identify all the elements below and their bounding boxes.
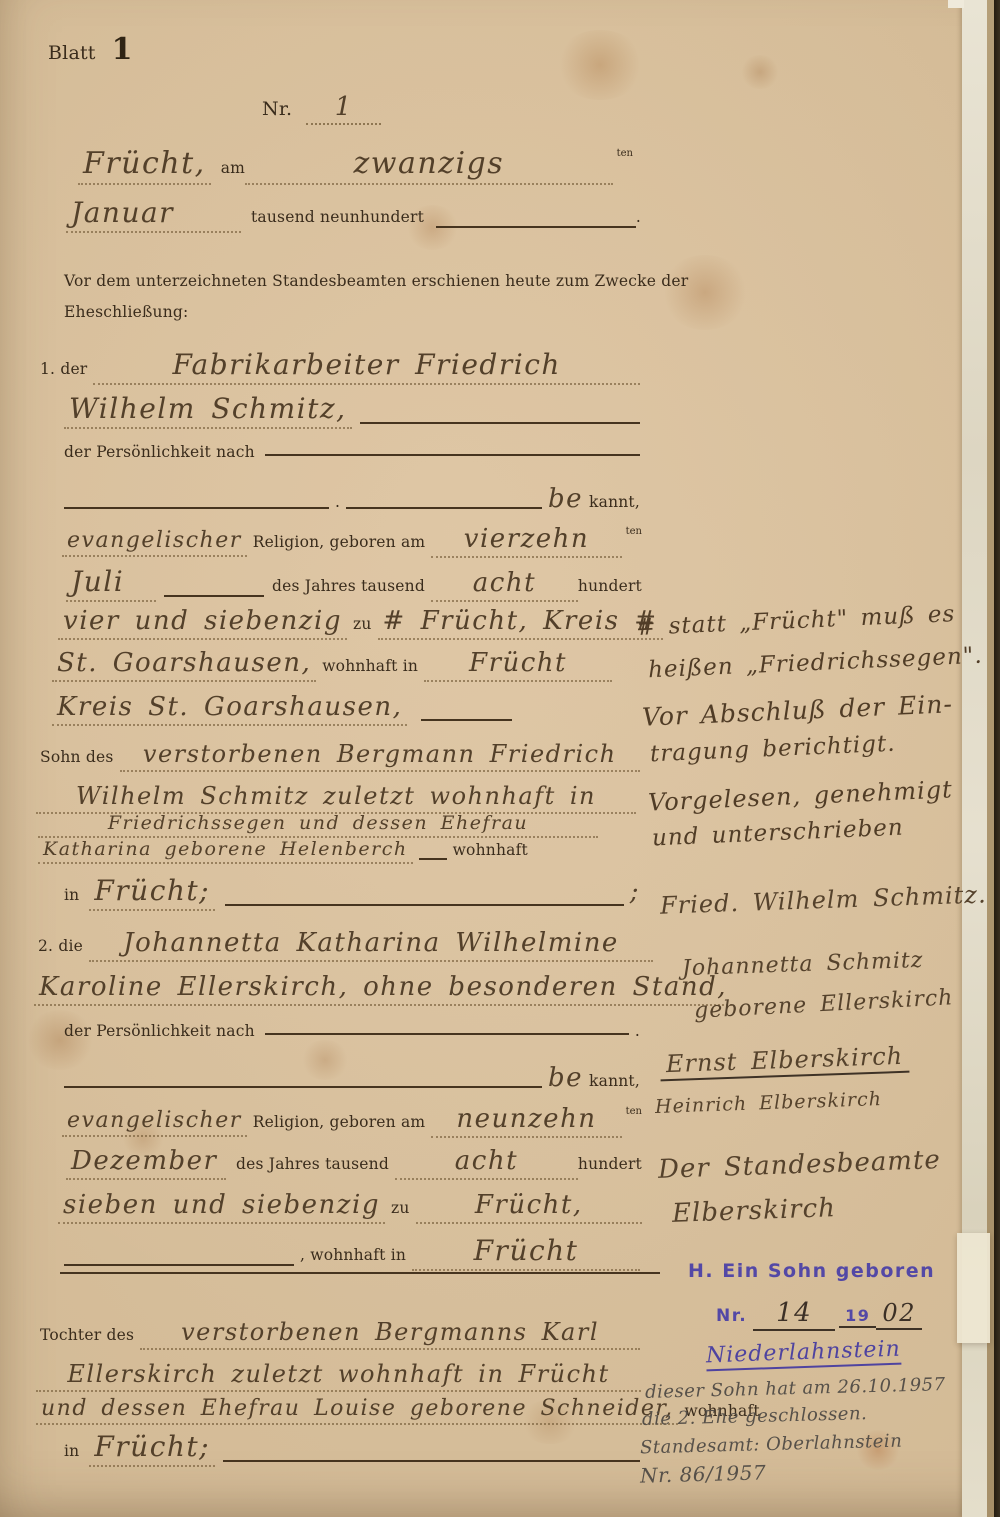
signature-bride-2: geborene Ellerskirch xyxy=(694,985,954,1024)
bride-bekannt-line: be kannt, xyxy=(64,1063,640,1093)
stain xyxy=(660,255,750,330)
bride-persoenlichkeit-label: der Persönlichkeit nach xyxy=(64,1022,255,1040)
bride-religion-line: evangelischer Religion, geboren am neunz… xyxy=(62,1104,642,1138)
bride-birth-month: Dezember xyxy=(66,1146,226,1180)
groom-line-2: Wilhelm Schmitz, xyxy=(64,392,640,429)
stamp-nr-value: 14 xyxy=(753,1298,835,1331)
stamp-year-prefix: 19 xyxy=(839,1306,876,1328)
bride-mother-line: und dessen Ehefrau Louise geborene Schne… xyxy=(36,1396,641,1425)
groom-persoenlichkeit-label: der Persönlichkeit nach xyxy=(64,443,255,461)
bride-year-words: sieben und siebenzig xyxy=(58,1190,385,1224)
bride-name-2: Karoline Ellerskirch, ohne besonderen St… xyxy=(34,972,732,1006)
sheet-number-line: Blatt 1 xyxy=(48,32,133,67)
groom-residence: Frücht xyxy=(424,648,612,682)
groom-birth-month: Juli xyxy=(66,565,156,602)
groom-wohnhaft2-label: wohnhaft xyxy=(453,841,528,859)
bride-identity-line: der Persönlichkeit nach . xyxy=(64,1022,640,1040)
groom-birth-day: vierzehn xyxy=(431,524,621,558)
intro-line-2: Eheschließung: xyxy=(64,303,188,321)
bride-be-handwritten: be xyxy=(548,1063,583,1093)
groom-item-label: 1. der xyxy=(40,360,87,378)
bride-residence2-line: in Frücht; xyxy=(64,1430,640,1467)
bride-name-1: Johannetta Katharina Wilhelmine xyxy=(89,928,653,962)
stamp-place-handwritten: Niederlahnstein xyxy=(706,1337,902,1372)
stain xyxy=(740,55,780,89)
groom-birthmonth-line: Juli des Jahres tausend acht hundert xyxy=(66,565,642,602)
place-handwritten: Frücht, xyxy=(78,146,211,185)
bride-line-2: Karoline Ellerskirch, ohne besonderen St… xyxy=(34,972,659,1006)
registrar-signature: Elberskirch xyxy=(672,1193,837,1229)
bride-zu-label: zu xyxy=(391,1199,410,1217)
bride-in-label: in xyxy=(64,1442,79,1460)
registry-document-page: Blatt 1 Nr. 1 Frücht, am zwanzigs ten Ja… xyxy=(0,0,1000,1517)
bride-jahres-label: des Jahres tausend xyxy=(236,1155,389,1173)
ten-suffix-label: ten xyxy=(617,148,633,159)
separator-rule xyxy=(60,1272,660,1274)
bride-father-line-1: Tochter des verstorbenen Bergmanns Karl xyxy=(40,1318,640,1350)
page-corner xyxy=(948,0,964,8)
groom-hundert-label: hundert xyxy=(578,577,642,595)
bride-line-1: 2. die Johannetta Katharina Wilhelmine xyxy=(38,928,653,962)
signature-bride-1: Johannetta Schmitz xyxy=(682,948,924,981)
pencil-note-3: Standesamt: Oberlahnstein xyxy=(640,1431,903,1459)
groom-occupation-name: Fabrikarbeiter Friedrich xyxy=(93,348,640,385)
bride-residence: Frücht xyxy=(412,1234,640,1271)
groom-birthyear-line: vier und siebenzig zu # Frücht, Kreis # xyxy=(58,606,642,640)
groom-zu-label: zu xyxy=(353,615,372,633)
groom-century: acht xyxy=(431,568,578,602)
groom-father-1: verstorbenen Bergmann Friedrich xyxy=(120,740,641,772)
groom-identity-line: der Persönlichkeit nach xyxy=(64,443,640,461)
tape-strip xyxy=(957,1233,990,1343)
registrar-title: Der Standesbeamte xyxy=(658,1145,942,1185)
bride-residence-2: Frücht; xyxy=(89,1430,215,1467)
margin-correction-3: Vor Abschluß der Ein- xyxy=(642,689,954,732)
bride-ten-suffix: ten xyxy=(626,1106,642,1117)
stain xyxy=(555,30,645,100)
bride-mother: und dessen Ehefrau Louise geborene Schne… xyxy=(36,1396,678,1425)
intro-line-1: Vor dem unterzeichneten Standesbeamten e… xyxy=(64,272,688,290)
year-printed-label: tausend neunhundert xyxy=(251,208,424,226)
bride-kannt-label: kannt, xyxy=(589,1072,640,1090)
groom-ten-suffix: ten xyxy=(626,526,642,537)
groom-wohnhaft-label: wohnhaft in xyxy=(322,657,418,675)
pencil-note-4: Nr. 86/1957 xyxy=(640,1460,767,1487)
dateline-month-year: Januar tausend neunhundert . xyxy=(66,196,641,233)
bride-residence-line: , wohnhaft in Frücht xyxy=(64,1234,640,1271)
groom-dot: . xyxy=(335,493,340,511)
groom-mother: Katharina geborene Helenberch xyxy=(38,838,413,864)
groom-residence-2: Kreis St. Goarshausen, xyxy=(52,692,407,726)
blatt-number: 1 xyxy=(112,32,133,67)
groom-birth-place: # Frücht, Kreis # xyxy=(378,606,663,640)
groom-year-words: vier und siebenzig xyxy=(58,606,347,640)
pencil-note-1: dieser Sohn hat am 26.10.1957 xyxy=(645,1374,946,1403)
groom-religion-line: evangelischer Religion, geboren am vierz… xyxy=(62,524,642,558)
intro-text-2: Eheschließung: xyxy=(64,303,188,321)
margin-correction-1: # statt „Frücht" muß es xyxy=(636,601,956,641)
bride-wohnhaft-label: , wohnhaft in xyxy=(300,1246,406,1264)
groom-sohn-label: Sohn des xyxy=(40,748,114,766)
margin-closing-2: und unterschrieben xyxy=(652,815,905,852)
bride-father-line-2: Ellerskirch zuletzt wohnhaft in Frücht xyxy=(36,1360,641,1392)
nr-label: Nr. xyxy=(262,98,292,120)
bride-birthmonth-line: Dezember des Jahres tausend acht hundert xyxy=(66,1146,642,1180)
bride-birthyear-line: sieben und siebenzig zu Frücht, xyxy=(58,1190,642,1224)
bride-religion-handwritten: evangelischer xyxy=(62,1108,247,1137)
birth-stamp-number-line: Nr. 14 19 02 xyxy=(716,1298,922,1331)
groom-mother-line: Katharina geborene Helenberch wohnhaft xyxy=(38,838,638,864)
period: . xyxy=(636,208,641,226)
groom-religion-label: Religion, geboren am xyxy=(253,533,426,551)
month-handwritten: Januar xyxy=(66,196,241,233)
bride-dot: . xyxy=(635,1022,640,1040)
groom-religion-handwritten: evangelischer xyxy=(62,528,247,557)
birth-stamp-text: H. Ein Sohn geboren xyxy=(688,1260,935,1282)
groom-in-label: in xyxy=(64,886,79,904)
stain xyxy=(25,1010,95,1070)
intro-text-1: Vor dem unterzeichneten Standesbeamten e… xyxy=(64,272,688,290)
groom-residence-3: Frücht; xyxy=(89,874,215,911)
margin-closing-1: Vorgelesen, genehmigt xyxy=(648,775,954,816)
dateline-place-day: Frücht, am zwanzigs ten xyxy=(78,146,633,185)
stamp-nr-label: Nr. xyxy=(716,1306,747,1326)
bride-birth-place: Frücht, xyxy=(416,1190,642,1224)
groom-father-3: Friedrichssegen und dessen Ehefrau xyxy=(38,812,598,838)
bride-father-1: verstorbenen Bergmanns Karl xyxy=(140,1318,640,1350)
signature-groom: Fried. Wilhelm Schmitz. xyxy=(660,880,987,919)
margin-correction-2: heißen „Friedrichssegen". xyxy=(648,643,984,684)
groom-father-line-1: Sohn des verstorbenen Bergmann Friedrich xyxy=(40,740,640,772)
groom-be-handwritten: be xyxy=(548,484,583,514)
groom-father-line-2: Wilhelm Schmitz zuletzt wohnhaft in xyxy=(36,782,636,814)
bride-century: acht xyxy=(395,1146,578,1180)
groom-birthplace2-line: St. Goarshausen, wohnhaft in Frücht xyxy=(52,648,612,682)
am-label: am xyxy=(221,159,245,177)
day-handwritten: zwanzigs xyxy=(245,146,613,185)
groom-residence2-line: Kreis St. Goarshausen, xyxy=(52,692,512,726)
groom-residence3-line: in Frücht; ; xyxy=(64,874,640,911)
bride-hundert-label: hundert xyxy=(578,1155,642,1173)
margin-correction-4: tragung berichtigt. xyxy=(650,731,896,768)
stamp-year-suffix: 02 xyxy=(876,1299,922,1330)
bride-birth-day: neunzehn xyxy=(431,1104,621,1138)
bride-item-label: 2. die xyxy=(38,937,83,955)
groom-father-2: Wilhelm Schmitz zuletzt wohnhaft in xyxy=(36,782,636,814)
nr-value: 1 xyxy=(306,92,381,125)
signature-witness-1: Ernst Elberskirch xyxy=(660,1042,910,1082)
groom-line-1: 1. der Fabrikarbeiter Friedrich xyxy=(40,348,640,385)
groom-kannt-label: kannt, xyxy=(589,493,640,511)
bride-religion-label: Religion, geboren am xyxy=(253,1113,426,1131)
groom-jahres-label: des Jahres tausend xyxy=(272,577,425,595)
bride-tochter-label: Tochter des xyxy=(40,1326,134,1344)
groom-semicolon: ; xyxy=(630,877,640,907)
groom-bekannt-line: . be kannt, xyxy=(64,484,640,514)
signature-witness-2: Heinrich Elberskirch xyxy=(655,1088,883,1118)
page-edge-dark xyxy=(994,0,1000,1517)
bride-father-2: Ellerskirch zuletzt wohnhaft in Frücht xyxy=(36,1360,641,1392)
groom-name-2: Wilhelm Schmitz, xyxy=(64,392,352,429)
groom-birth-place-2: St. Goarshausen, xyxy=(52,648,316,682)
record-number-line: Nr. 1 xyxy=(262,92,381,125)
groom-father-line-3: Friedrichssegen und dessen Ehefrau xyxy=(38,812,598,838)
blatt-label: Blatt xyxy=(48,42,96,64)
pencil-note-2: die 2. Ehe geschlossen. xyxy=(642,1403,868,1430)
